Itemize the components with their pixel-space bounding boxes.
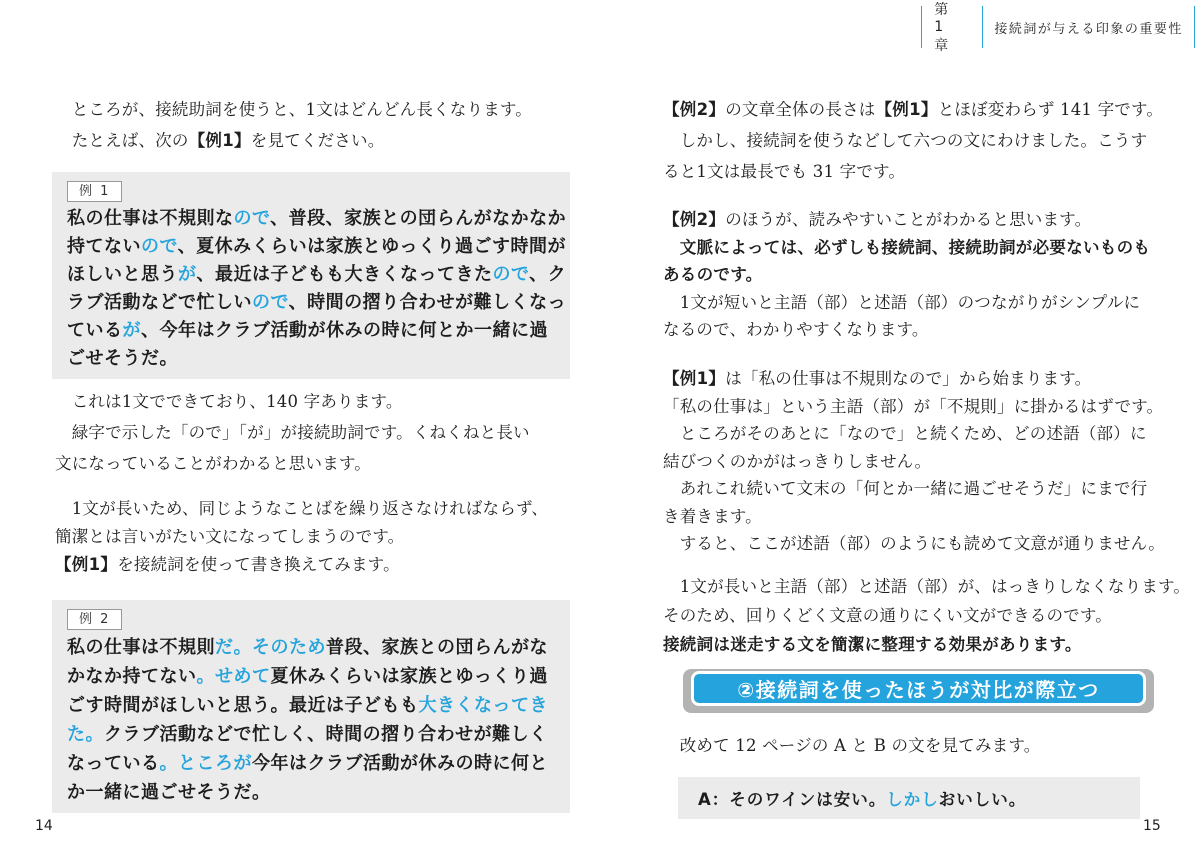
highlighted-conjunction: が <box>123 320 142 341</box>
text-segment: の文章全体の長さは <box>725 100 875 119</box>
left-paragraph-2: これは1文でできており、140 字あります。 緑字で示した「ので」「が」が接続助… <box>55 386 572 479</box>
highlighted-conjunction: ので <box>234 208 271 229</box>
text-line: 結びつくのかがはっきりしません。 <box>663 448 1163 476</box>
right-paragraph-1: 【例2】の文章全体の長さは【例1】とほぼ変わらず 141 字です。 しかし、接続… <box>663 94 1163 187</box>
text-segment: クラブ活動などで忙しく、時間の摺り合わせが難しく <box>104 724 548 745</box>
highlighted-conjunction: 大きくなってき <box>419 695 549 716</box>
text-segment: 緑字で示した「ので」「が」が接続助詞です。くねくねと長い <box>55 423 530 442</box>
text-segment: 【例1】 <box>55 555 117 574</box>
text-segment: 結びつくのかがはっきりしません。 <box>663 452 931 471</box>
right-paragraph-2: 【例2】のほうが、読みやすいことがわかると思います。 文脈によっては、必ずしも接… <box>663 206 1163 344</box>
text-line: ると1文は最長でも 31 字です。 <box>663 156 1163 187</box>
text-line: 1文が長いと主語（部）と述語（部）が、はっきりしなくなります。 <box>663 572 1163 601</box>
book-spread: { "colors": { "accent_blue": "#24a3dc", … <box>0 0 1195 859</box>
highlighted-conjunction: ので <box>141 236 178 257</box>
text-segment: 、夏休みくらいは家族とゆっくり過ごす時間が <box>178 236 566 257</box>
highlighted-conjunction: 。せめて <box>197 666 271 687</box>
text-line: なるので、わかりやすくなります。 <box>663 316 1163 344</box>
text-line: 【例1】は「私の仕事は不規則なので」から始まります。 <box>663 365 1163 393</box>
text-line: しかし、接続詞を使うなどして六つの文にわけました。こうす <box>663 125 1163 156</box>
text-line: 1文が長いため、同じようなことばを繰り返さなければならず、 <box>55 495 572 523</box>
left-paragraph-3: 1文が長いため、同じようなことばを繰り返さなければならず、簡潔とは言いがたい文に… <box>55 495 572 579</box>
text-segment: かなか持てない <box>67 666 197 687</box>
text-line: 改めて 12 ページの A と B の文を見てみます。 <box>663 730 1163 761</box>
highlighted-conjunction: た。 <box>67 724 104 745</box>
text-segment: 私の仕事は不規則な <box>67 208 234 229</box>
text-segment: 改めて 12 ページの A と B の文を見てみます。 <box>663 736 1040 755</box>
text-line: これは1文でできており、140 字あります。 <box>55 386 572 417</box>
text-segment: そのため、回りくどく文意の通りにくい文ができるのです。 <box>663 606 1112 625</box>
text-segment: しかし、接続詞を使うなどして六つの文にわけました。こうす <box>663 131 1147 150</box>
text-segment: か一緒に過ごせそうだ。 <box>67 782 271 803</box>
text-segment: ごす時間がほしいと思う。最近は子どもも <box>67 695 419 716</box>
text-segment: 、時間の摺り合わせが難しくなっ <box>289 292 567 313</box>
text-line: 緑字で示した「ので」「が」が接続助詞です。くねくねと長い <box>55 417 572 448</box>
chapter-number: 第 1 章 <box>922 6 982 48</box>
page-number-right: 15 <box>1143 818 1161 834</box>
highlighted-conjunction: ので <box>252 292 289 313</box>
text-segment: 文脈によっては、必ずしも接続詞、接続助詞が必要ないものも <box>663 238 1150 257</box>
text-line: あるのです。 <box>663 261 1163 289</box>
text-segment: 【例1】 <box>189 131 251 150</box>
text-line: 文脈によっては、必ずしも接続詞、接続助詞が必要ないものも <box>663 234 1163 262</box>
text-line: 【例1】を接続詞を使って書き換えてみます。 <box>55 551 572 579</box>
highlighted-conjunction: が <box>178 264 197 285</box>
right-paragraph-5: 改めて 12 ページの A と B の文を見てみます。 <box>663 730 1163 761</box>
text-segment: たとえば、次の <box>55 131 189 150</box>
text-segment: ところがそのあとに「なので」と続くため、どの述語（部）に <box>663 424 1147 443</box>
highlighted-conjunction: だ。そのため <box>215 637 326 658</box>
text-line: 【例2】のほうが、読みやすいことがわかると思います。 <box>663 206 1163 234</box>
text-line: ごせそうだ。 <box>67 345 555 373</box>
text-line: ところが、接続助詞を使うと、1文はどんどん長くなります。 <box>55 94 572 125</box>
text-segment: 、最近は子どもも大きくなってきた <box>197 264 493 285</box>
text-segment: 、今年はクラブ活動が休みの時に何とか一緒に過 <box>141 320 548 341</box>
text-segment: あれこれ続いて文末の「何とか一緒に過ごせそうだ」にまで行 <box>663 479 1147 498</box>
text-segment: を接続詞を使って書き換えてみます。 <box>117 555 400 574</box>
text-segment: すると、ここが述語（部）のようにも読めて文意が通りません。 <box>663 534 1165 553</box>
text-segment: 夏休みくらいは家族とゆっくり過 <box>271 666 548 687</box>
text-segment: 、ク <box>529 264 566 285</box>
text-line: たとえば、次の【例1】を見てください。 <box>55 125 572 156</box>
text-segment: とほぼ変わらず 141 字です。 <box>938 100 1163 119</box>
text-segment: A：そのワインは安い。 <box>698 790 886 809</box>
text-line: なっている。ところが今年はクラブ活動が休みの時に何と <box>67 749 555 778</box>
text-line: 簡潔とは言いがたい文になってしまうのです。 <box>55 523 572 551</box>
text-segment: 文になっていることがわかると思います。 <box>55 454 371 473</box>
text-segment: 普段、家族との団らんがな <box>326 637 548 658</box>
text-segment: これは1文でできており、140 字あります。 <box>55 392 403 411</box>
chapter-header: 第 1 章 接続詞が与える印象の重要性 <box>921 6 1195 48</box>
text-segment: 1文が短いと主語（部）と述語（部）のつながりがシンプルに <box>663 293 1140 312</box>
text-segment: 【例1】 <box>876 100 938 119</box>
text-line: ほしいと思うが、最近は子どもも大きくなってきたので、ク <box>67 261 555 289</box>
example-1-text: 私の仕事は不規則なので、普段、家族との団らんがなかなか持てないので、夏休みくらい… <box>67 205 555 373</box>
text-segment: あるのです。 <box>663 265 762 284</box>
text-segment: は「私の仕事は不規則なので」から始まります。 <box>725 369 1091 388</box>
text-line: 私の仕事は不規則なので、普段、家族との団らんがなかなか <box>67 205 555 233</box>
text-segment: 1文が長いため、同じようなことばを繰り返さなければならず、 <box>55 499 548 518</box>
right-paragraph-4: 1文が長いと主語（部）と述語（部）が、はっきりしなくなります。そのため、回りくど… <box>663 572 1163 659</box>
text-segment: 1文が長いと主語（部）と述語（部）が、はっきりしなくなります。 <box>663 577 1190 596</box>
example-2-label: 例 2 <box>67 609 122 630</box>
section-heading-banner: ②接続詞を使ったほうが対比が際立つ <box>692 672 1145 705</box>
text-line: 接続詞は迷走する文を簡潔に整理する効果があります。 <box>663 630 1163 659</box>
text-segment: ると1文は最長でも 31 字です。 <box>663 162 905 181</box>
text-segment: 持てない <box>67 236 141 257</box>
right-paragraph-3: 【例1】は「私の仕事は不規則なので」から始まります。「私の仕事は」という主語（部… <box>663 365 1163 558</box>
example-2-text: 私の仕事は不規則だ。そのため普段、家族との団らんがなかなか持てない。せめて夏休み… <box>67 633 555 807</box>
example-box-2: 例 2 私の仕事は不規則だ。そのため普段、家族との団らんがなかなか持てない。せめ… <box>52 600 570 813</box>
text-segment: 今年はクラブ活動が休みの時に何と <box>252 753 548 774</box>
text-segment: 【例2】 <box>663 100 725 119</box>
text-segment: ごせそうだ。 <box>67 348 178 369</box>
text-line: 「私の仕事は」という主語（部）が「不規則」に掛かるはずです。 <box>663 393 1163 421</box>
text-segment: 、普段、家族との団らんがなかなか <box>270 208 566 229</box>
text-segment: 【例1】 <box>663 369 725 388</box>
text-segment: なるので、わかりやすくなります。 <box>663 320 929 339</box>
chapter-title: 接続詞が与える印象の重要性 <box>983 6 1194 48</box>
text-segment: ほしいと思う <box>67 264 178 285</box>
text-line: き着きます。 <box>663 503 1163 531</box>
text-segment: なっている <box>67 753 160 774</box>
text-line: 文になっていることがわかると思います。 <box>55 448 572 479</box>
text-segment: のほうが、読みやすいことがわかると思います。 <box>725 210 1091 229</box>
text-line: ラブ活動などで忙しいので、時間の摺り合わせが難しくなっ <box>67 289 555 317</box>
example-sentence-a: A：そのワインは安い。しかしおいしい。 <box>678 777 1140 819</box>
text-line: 1文が短いと主語（部）と述語（部）のつながりがシンプルに <box>663 289 1163 317</box>
section-heading: ②接続詞を使ったほうが対比が際立つ <box>691 671 1146 706</box>
text-segment: 【例2】 <box>663 210 725 229</box>
text-segment: を見てください。 <box>251 131 385 150</box>
text-line: ところがそのあとに「なので」と続くため、どの述語（部）に <box>663 420 1163 448</box>
left-intro-paragraph: ところが、接続助詞を使うと、1文はどんどん長くなります。 たとえば、次の【例1】… <box>55 94 572 156</box>
text-line: かなか持てない。せめて夏休みくらいは家族とゆっくり過 <box>67 662 555 691</box>
text-line: すると、ここが述語（部）のようにも読めて文意が通りません。 <box>663 530 1163 558</box>
text-line: か一緒に過ごせそうだ。 <box>67 778 555 807</box>
page-number-left: 14 <box>35 818 53 834</box>
text-line: ているが、今年はクラブ活動が休みの時に何とか一緒に過 <box>67 317 555 345</box>
text-segment: ラブ活動などで忙しい <box>67 292 252 313</box>
text-line: 【例2】の文章全体の長さは【例1】とほぼ変わらず 141 字です。 <box>663 94 1163 125</box>
text-segment: おいしい。 <box>939 790 1027 809</box>
text-segment: 簡潔とは言いがたい文になってしまうのです。 <box>55 527 404 546</box>
highlighted-conjunction: 。ところが <box>160 753 253 774</box>
highlighted-conjunction: しかし <box>886 790 939 809</box>
example-1-label: 例 1 <box>67 181 122 202</box>
text-segment: ところが、接続助詞を使うと、1文はどんどん長くなります。 <box>55 100 532 119</box>
text-segment: 「私の仕事は」という主語（部）が「不規則」に掛かるはずです。 <box>663 397 1163 416</box>
text-line: そのため、回りくどく文意の通りにくい文ができるのです。 <box>663 601 1163 630</box>
text-line: ごす時間がほしいと思う。最近は子どもも大きくなってき <box>67 691 555 720</box>
text-line: あれこれ続いて文末の「何とか一緒に過ごせそうだ」にまで行 <box>663 475 1163 503</box>
text-line: 私の仕事は不規則だ。そのため普段、家族との団らんがな <box>67 633 555 662</box>
highlighted-conjunction: ので <box>493 264 530 285</box>
text-segment: 私の仕事は不規則 <box>67 637 215 658</box>
text-line: A：そのワインは安い。しかしおいしい。 <box>698 786 1120 810</box>
text-segment: ている <box>67 320 123 341</box>
text-line: 持てないので、夏休みくらいは家族とゆっくり過ごす時間が <box>67 233 555 261</box>
text-segment: き着きます。 <box>663 507 762 526</box>
text-line: た。クラブ活動などで忙しく、時間の摺り合わせが難しく <box>67 720 555 749</box>
example-box-1: 例 1 私の仕事は不規則なので、普段、家族との団らんがなかなか持てないので、夏休… <box>52 172 570 379</box>
text-segment: 接続詞は迷走する文を簡潔に整理する効果があります。 <box>663 635 1082 654</box>
